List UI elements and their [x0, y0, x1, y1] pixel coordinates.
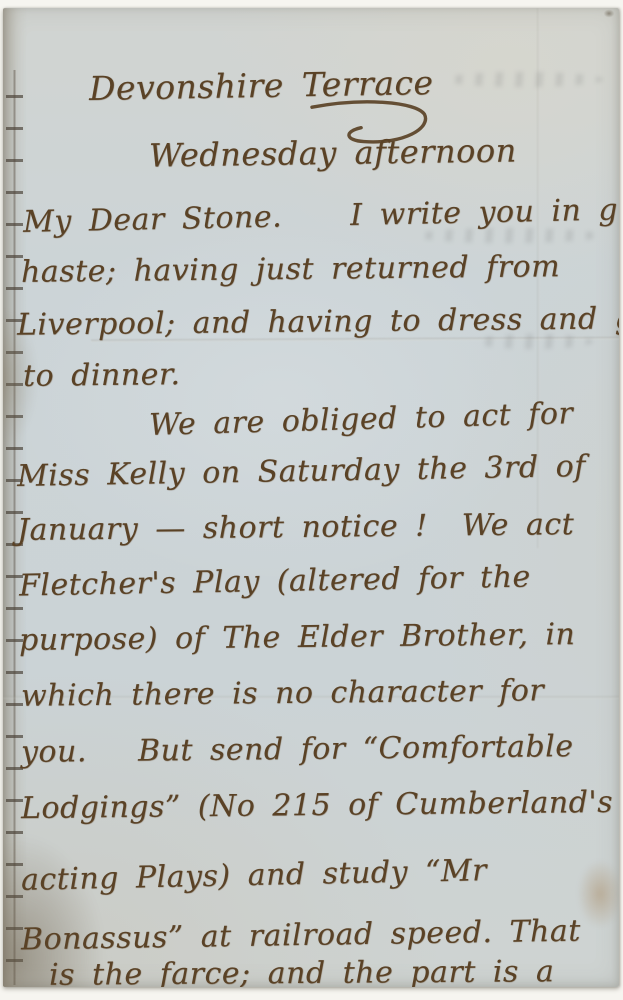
date-line: Wednesday afternoon: [149, 131, 517, 174]
letter-line: purpose) of The Elder Brother, in: [19, 617, 576, 658]
letter-line: to dinner.: [23, 357, 181, 394]
letter-line: We are obliged to act for: [149, 396, 574, 443]
letter-line: Fletcher's Play (altered for the: [19, 560, 531, 604]
letter-line: haste; having just returned from: [21, 249, 560, 290]
paper-speck: [603, 9, 615, 18]
letter-line: Liverpool; and having to dress and go ou…: [17, 300, 619, 342]
scan-background: Devonshire Terrace Wednesday afternoon M…: [0, 0, 623, 1000]
letter-line: January — short notice ! We act: [17, 507, 575, 548]
letter-line: Miss Kelly on Saturday the 3rd of: [17, 449, 586, 494]
letter-line: you. But send for “Comfortable: [21, 729, 574, 770]
letter-line: Bonassus” at railroad speed. That: [21, 914, 581, 958]
letter-page: Devonshire Terrace Wednesday afternoon M…: [3, 8, 619, 987]
letter-line: Lodgings” (No 215 of Cumberland's: [21, 785, 613, 826]
ink-show-through: [443, 72, 603, 87]
letter-line: is the farce; and the part is a: [49, 954, 555, 987]
letter-line: which there is no character for: [21, 673, 545, 713]
paper-stain: [575, 856, 619, 932]
